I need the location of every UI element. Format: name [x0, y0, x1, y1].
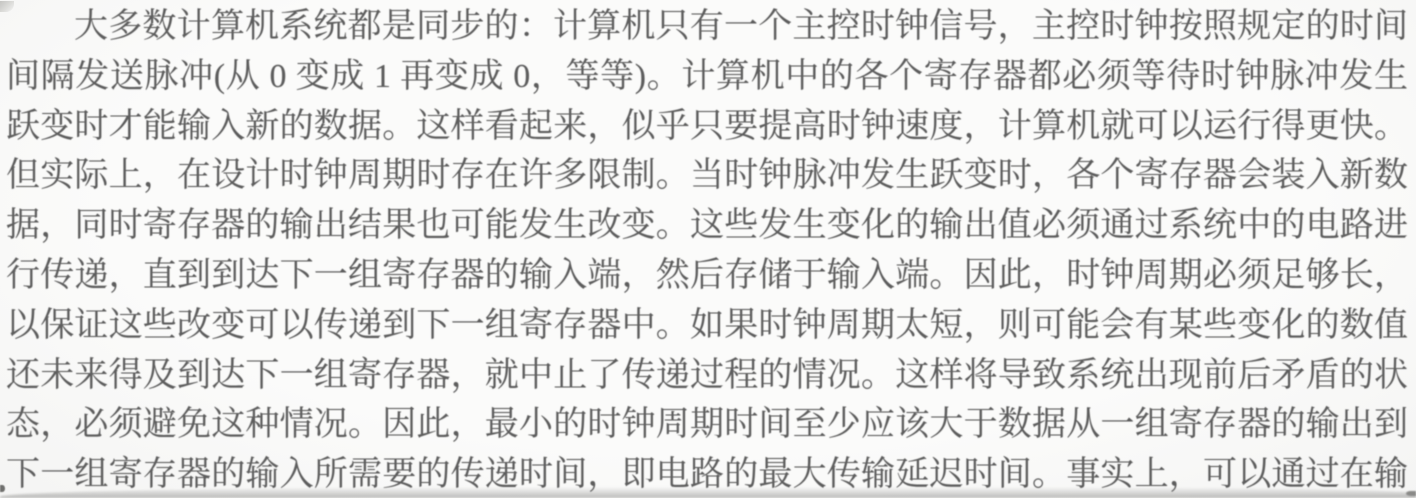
paragraph: 大多数计算机系统都是同步的：计算机只有一个主控时钟信号，主控时钟按照规定的时间 … [6, 0, 1408, 498]
scanned-page: 大多数计算机系统都是同步的：计算机只有一个主控时钟信号，主控时钟按照规定的时间 … [0, 0, 1416, 498]
scan-artifact-bottom-right [1406, 491, 1416, 496]
scan-artifact-bottom-left [0, 485, 5, 492]
text-line: 行传递，直到到达下一组寄存器的输入端，然后存储于输入端。因此，时钟周期必须足够长… [6, 251, 1408, 301]
text-line: 间隔发送脉冲(从 0 变成 1 再变成 0，等等)。计算机中的各个寄存器都必须等… [6, 52, 1408, 102]
text-line: 态，必须避免这种情况。因此，最小的时钟周期时间至少应该大于数据从一组寄存器的输出… [6, 400, 1408, 450]
text-line: 大多数计算机系统都是同步的：计算机只有一个主控时钟信号，主控时钟按照规定的时间 [6, 2, 1408, 52]
text-line: 但实际上，在设计时钟周期时存在许多限制。当时钟脉冲发生跃变时，各个寄存器会装入新… [6, 151, 1408, 201]
page-edge-shadow [0, 487, 1416, 498]
text-line: 还未来得及到达下一组寄存器，就中止了传递过程的情况。这样将导致系统出现前后矛盾的… [6, 351, 1408, 401]
text-line: 据，同时寄存器的输出结果也可能发生改变。这些发生变化的输出值必须通过系统中的电路… [6, 201, 1408, 251]
text-line: 跃变时才能输入新的数据。这样看起来，似乎只要提高时钟速度，计算机就可以运行得更快… [6, 102, 1408, 152]
text-line: 以保证这些改变可以传递到下一组寄存器中。如果时钟周期太短，则可能会有某些变化的数… [6, 301, 1408, 351]
